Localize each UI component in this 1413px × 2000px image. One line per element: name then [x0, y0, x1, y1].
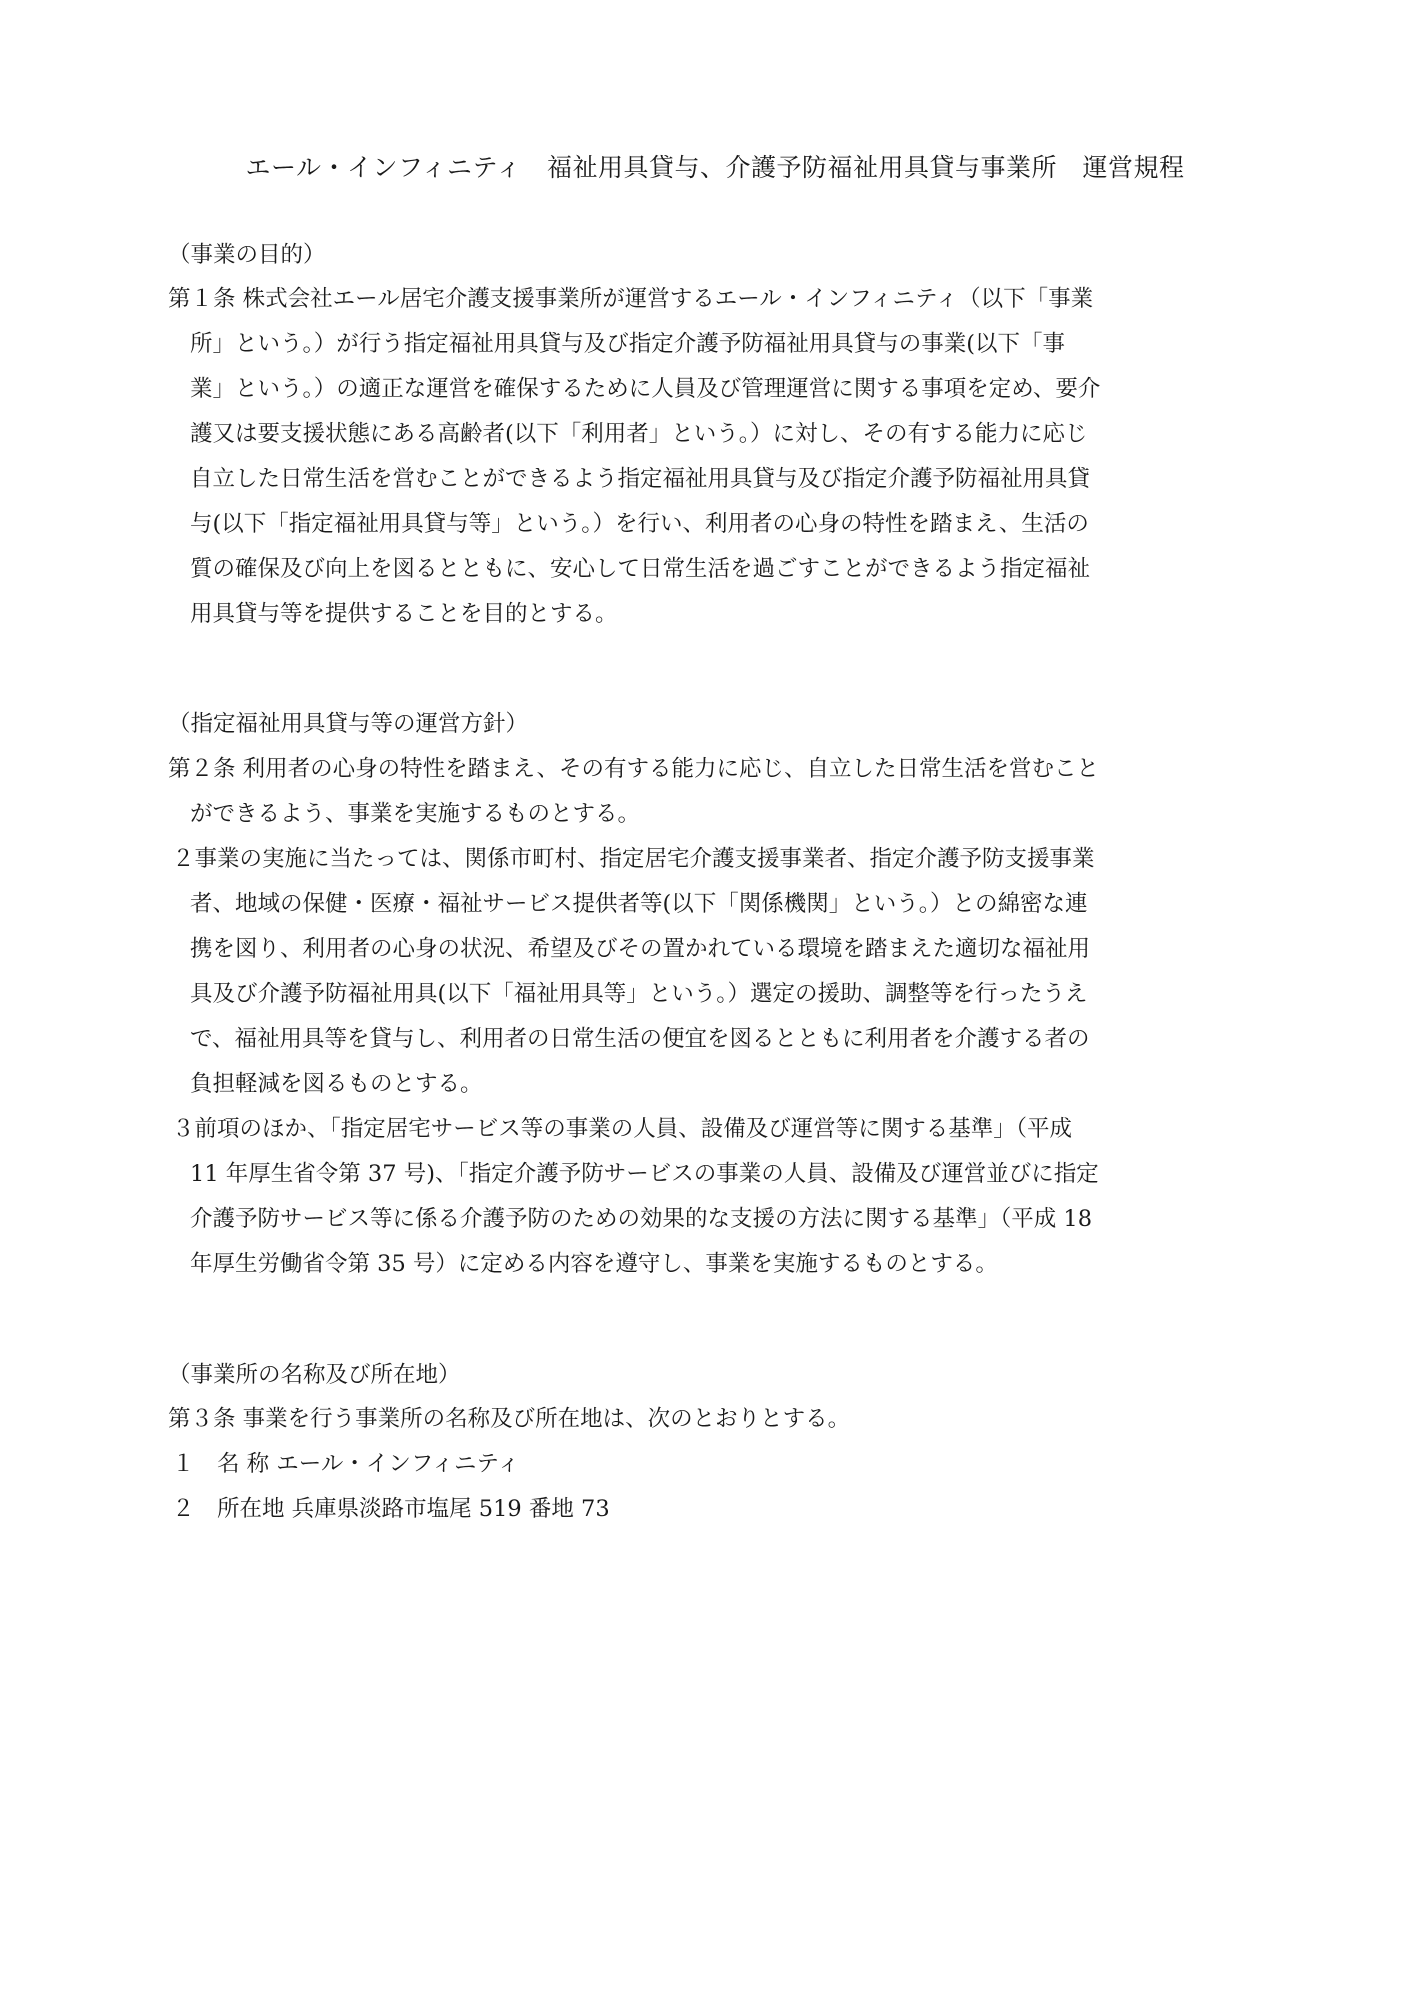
article-1-line: 与(以下「指定福祉用具貸与等」という。）を行い、利用者の心身の特性を踏まえ、生活… — [190, 509, 1089, 539]
article-2-line: ができるよう、事業を実施するものとする。 — [190, 799, 640, 829]
article-2-line: 第２条 利用者の心身の特性を踏まえ、その有する能力に応じ、自立した日常生活を営む… — [168, 754, 1099, 784]
article-2-paragraph-3-line: ３前項のほか、「指定居宅サービス等の事業の人員、設備及び運営等に関する基準」（平… — [172, 1114, 1072, 1144]
article-3-item-name: １ 名 称 エール・インフィニティ — [172, 1449, 520, 1479]
document-title: エール・インフィニティ 福祉用具貸与、介護予防福祉用具貸与事業所 運営規程 — [150, 148, 1280, 184]
article-1-line: 第１条 株式会社エール居宅介護支援事業所が運営するエール・インフィニティ（以下「… — [168, 284, 1093, 314]
article-2-paragraph-2-line: 負担軽減を図るものとする。 — [190, 1069, 483, 1099]
section-heading-policy: （指定福祉用具貸与等の運営方針） — [168, 709, 528, 739]
article-2-paragraph-2-line: ２事業の実施に当たっては、関係市町村、指定居宅介護支援事業者、指定介護予防支援事… — [172, 844, 1095, 874]
article-2-paragraph-3-line: 年厚生労働省令第 35 号）に定める内容を遵守し、事業を実施するものとする。 — [190, 1249, 998, 1279]
article-1-line: 護又は要支援状態にある高齢者(以下「利用者」という。）に対し、その有する能力に応… — [190, 419, 1088, 449]
article-1-line: 自立した日常生活を営むことができるよう指定福祉用具貸与及び指定介護予防福祉用具貸 — [190, 464, 1090, 494]
section-heading-purpose: （事業の目的） — [168, 240, 326, 270]
article-2-paragraph-2-line: 者、地域の保健・医療・福祉サービス提供者等(以下「関係機関」という。）との綿密な… — [190, 889, 1088, 919]
article-1-line: 質の確保及び向上を図るとともに、安心して日常生活を過ごすことができるよう指定福祉 — [190, 554, 1090, 584]
article-3-item-location: ２ 所在地 兵庫県淡路市塩尾 519 番地 73 — [172, 1494, 610, 1524]
article-3-line: 第３条 事業を行う事業所の名称及び所在地は、次のとおりとする。 — [168, 1404, 850, 1434]
article-2-paragraph-2-line: 携を図り、利用者の心身の状況、希望及びその置かれている環境を踏まえた適切な福祉用 — [190, 934, 1090, 964]
article-2-paragraph-2-line: 具及び介護予防福祉用具(以下「福祉用具等」という。）選定の援助、調整等を行ったう… — [190, 979, 1088, 1009]
article-1-line: 用具貸与等を提供することを目的とする。 — [190, 599, 618, 629]
article-2-paragraph-3-line: 11 年厚生省令第 37 号)、「指定介護予防サービスの事業の人員、設備及び運営… — [190, 1159, 1099, 1189]
document-page: エール・インフィニティ 福祉用具貸与、介護予防福祉用具貸与事業所 運営規程 （事… — [0, 0, 1413, 2000]
article-2-paragraph-2-line: で、福祉用具等を貸与し、利用者の日常生活の便宜を図るとともに利用者を介護する者の — [190, 1024, 1090, 1054]
article-1-line: 業」という。）の適正な運営を確保するために人員及び管理運営に関する事項を定め、要… — [190, 374, 1100, 404]
section-heading-name-location: （事業所の名称及び所在地） — [168, 1360, 461, 1390]
article-1-line: 所」という。）が行う指定福祉用具貸与及び指定介護予防福祉用具貸与の事業(以下「事 — [190, 329, 1065, 359]
article-2-paragraph-3-line: 介護予防サービス等に係る介護予防のための効果的な支援の方法に関する基準」（平成 … — [190, 1204, 1092, 1234]
